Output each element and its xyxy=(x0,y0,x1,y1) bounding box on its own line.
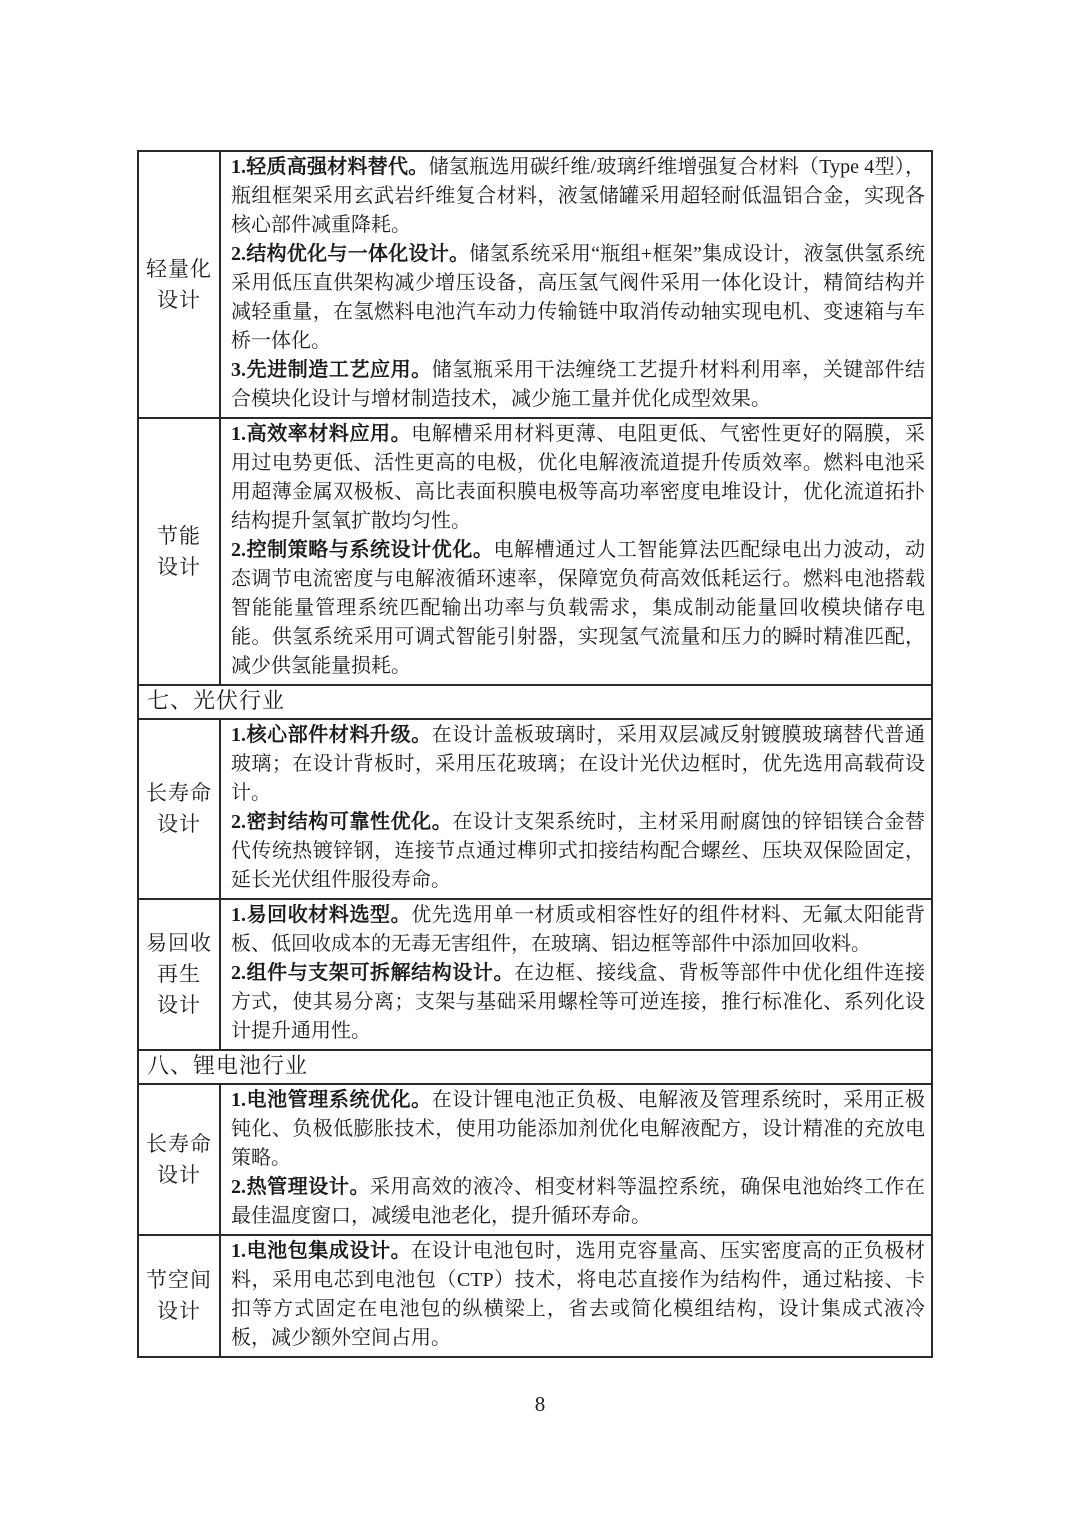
design-item: 2.控制策略与系统设计优化。电解槽通过人工智能算法匹配绿电出力波动，动态调节电流… xyxy=(231,536,925,681)
category-label: 长寿命 设计 xyxy=(139,720,221,898)
design-item: 1.电池管理系统优化。在设计锂电池正负极、电解液及管理系统时，采用正极钝化、负极… xyxy=(231,1086,925,1173)
table-row-recyclable-design: 易回收 再生 设计 1.易回收材料选型。优先选用单一材质或相容性好的组件材料、无… xyxy=(139,900,931,1051)
section-header-row-lithium-battery: 八、锂电池行业 xyxy=(139,1051,931,1085)
design-requirements-table: 轻量化 设计 1.轻质高强材料替代。储氢瓶选用碳纤维/玻璃纤维增强复合材料（Ty… xyxy=(137,150,933,1358)
design-item: 2.热管理设计。采用高效的液冷、相变材料等温控系统，确保电池始终工作在最佳温度窗… xyxy=(231,1173,925,1231)
item-title: 1.易回收材料选型。 xyxy=(231,904,411,926)
category-content: 1.电池管理系统优化。在设计锂电池正负极、电解液及管理系统时，采用正极钝化、负极… xyxy=(221,1085,931,1234)
category-content: 1.电池包集成设计。在设计电池包时，选用克容量高、压实密度高的正负极材料，采用电… xyxy=(221,1236,931,1356)
design-item: 2.密封结构可靠性优化。在设计支架系统时，主材采用耐腐蚀的锌铝镁合金替代传统热镀… xyxy=(231,808,925,895)
item-title: 1.轻质高强材料替代。 xyxy=(231,156,429,178)
item-title: 2.组件与支架可拆解结构设计。 xyxy=(231,962,514,984)
category-content: 1.核心部件材料升级。在设计盖板玻璃时，采用双层减反射镀膜玻璃替代普通玻璃；在设… xyxy=(221,720,931,898)
category-label: 长寿命 设计 xyxy=(139,1085,221,1234)
category-label: 节能 设计 xyxy=(139,419,221,684)
category-content: 1.轻质高强材料替代。储氢瓶选用碳纤维/玻璃纤维增强复合材料（Type 4型），… xyxy=(221,152,931,417)
table-row-energy-saving-design: 节能 设计 1.高效率材料应用。电解槽采用材料更薄、电阻更低、气密性更好的隔膜，… xyxy=(139,419,931,686)
table-row-space-saving-design: 节空间 设计 1.电池包集成设计。在设计电池包时，选用克容量高、压实密度高的正负… xyxy=(139,1236,931,1356)
table-row-long-life-design-battery: 长寿命 设计 1.电池管理系统优化。在设计锂电池正负极、电解液及管理系统时，采用… xyxy=(139,1085,931,1236)
item-title: 2.控制策略与系统设计优化。 xyxy=(231,539,494,561)
item-title: 1.电池包集成设计。 xyxy=(231,1240,411,1262)
item-title: 2.密封结构可靠性优化。 xyxy=(231,811,452,833)
design-item: 1.电池包集成设计。在设计电池包时，选用克容量高、压实密度高的正负极材料，采用电… xyxy=(231,1237,925,1353)
table-row-lightweight-design: 轻量化 设计 1.轻质高强材料替代。储氢瓶选用碳纤维/玻璃纤维增强复合材料（Ty… xyxy=(139,152,931,419)
design-item: 1.核心部件材料升级。在设计盖板玻璃时，采用双层减反射镀膜玻璃替代普通玻璃；在设… xyxy=(231,721,925,808)
design-item: 1.易回收材料选型。优先选用单一材质或相容性好的组件材料、无氟太阳能背板、低回收… xyxy=(231,901,925,959)
category-content: 1.易回收材料选型。优先选用单一材质或相容性好的组件材料、无氟太阳能背板、低回收… xyxy=(221,900,931,1049)
category-content: 1.高效率材料应用。电解槽采用材料更薄、电阻更低、气密性更好的隔膜，采用过电势更… xyxy=(221,419,931,684)
item-title: 1.核心部件材料升级。 xyxy=(231,724,432,746)
design-item: 1.高效率材料应用。电解槽采用材料更薄、电阻更低、气密性更好的隔膜，采用过电势更… xyxy=(231,420,925,536)
design-item: 3.先进制造工艺应用。储氢瓶采用干法缠绕工艺提升材料利用率，关键部件结合模块化设… xyxy=(231,356,925,414)
design-item: 2.结构优化与一体化设计。储氢系统采用“瓶组+框架”集成设计，液氢供氢系统采用低… xyxy=(231,240,925,356)
item-title: 2.热管理设计。 xyxy=(231,1176,370,1198)
section-title: 七、光伏行业 xyxy=(139,686,931,718)
section-header-row-photovoltaic: 七、光伏行业 xyxy=(139,686,931,720)
item-title: 2.结构优化与一体化设计。 xyxy=(231,243,469,265)
section-title: 八、锂电池行业 xyxy=(139,1051,931,1083)
item-title: 3.先进制造工艺应用。 xyxy=(231,359,432,381)
item-title: 1.电池管理系统优化。 xyxy=(231,1089,432,1111)
table-row-long-life-design-pv: 长寿命 设计 1.核心部件材料升级。在设计盖板玻璃时，采用双层减反射镀膜玻璃替代… xyxy=(139,720,931,900)
category-label: 节空间 设计 xyxy=(139,1236,221,1356)
category-label: 轻量化 设计 xyxy=(139,152,221,417)
design-item: 2.组件与支架可拆解结构设计。在边框、接线盒、背板等部件中优化组件连接方式，使其… xyxy=(231,959,925,1046)
category-label: 易回收 再生 设计 xyxy=(139,900,221,1049)
item-title: 1.高效率材料应用。 xyxy=(231,423,411,445)
page-number: 8 xyxy=(0,1392,1080,1417)
design-item: 1.轻质高强材料替代。储氢瓶选用碳纤维/玻璃纤维增强复合材料（Type 4型），… xyxy=(231,153,925,240)
